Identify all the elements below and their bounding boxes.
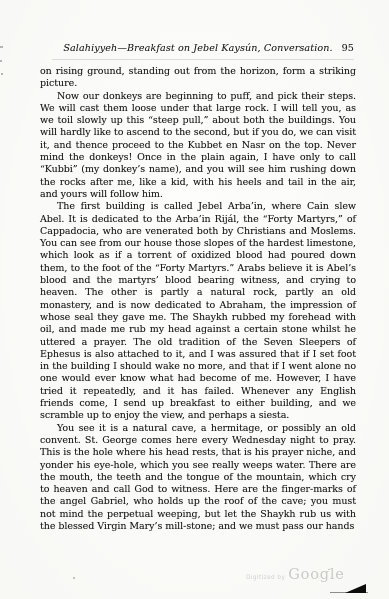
paragraph: The first building is called Jebel Arba’…	[40, 201, 356, 422]
header-rule	[52, 59, 354, 60]
scan-speck	[1, 73, 3, 75]
running-head: Salahiyyeh—Breakfast on Jebel Kaysún, Co…	[40, 43, 356, 54]
scan-speck	[0, 60, 2, 62]
scan-speck	[0, 46, 3, 48]
scan-speck	[328, 569, 330, 570]
page-number: 95	[342, 43, 354, 54]
page-corner-fold-artifact	[345, 584, 366, 593]
scan-speck	[73, 577, 75, 579]
running-head-title: Salahiyyeh—Breakfast on Jebel Kaysún, Co…	[63, 43, 332, 54]
paragraph: on rising ground, standing out from the …	[40, 66, 356, 91]
page-body-text: on rising ground, standing out from the …	[40, 66, 356, 533]
paragraph: You see it is a natural cave, a hermitag…	[40, 423, 356, 534]
book-page-scan: Salahiyyeh—Breakfast on Jebel Kaysún, Co…	[0, 0, 389, 599]
google-logo: Google	[288, 567, 344, 583]
watermark-prefix-label: Digitized by	[246, 575, 285, 581]
paragraph: Now our donkeys are beginning to puff, a…	[40, 91, 356, 202]
